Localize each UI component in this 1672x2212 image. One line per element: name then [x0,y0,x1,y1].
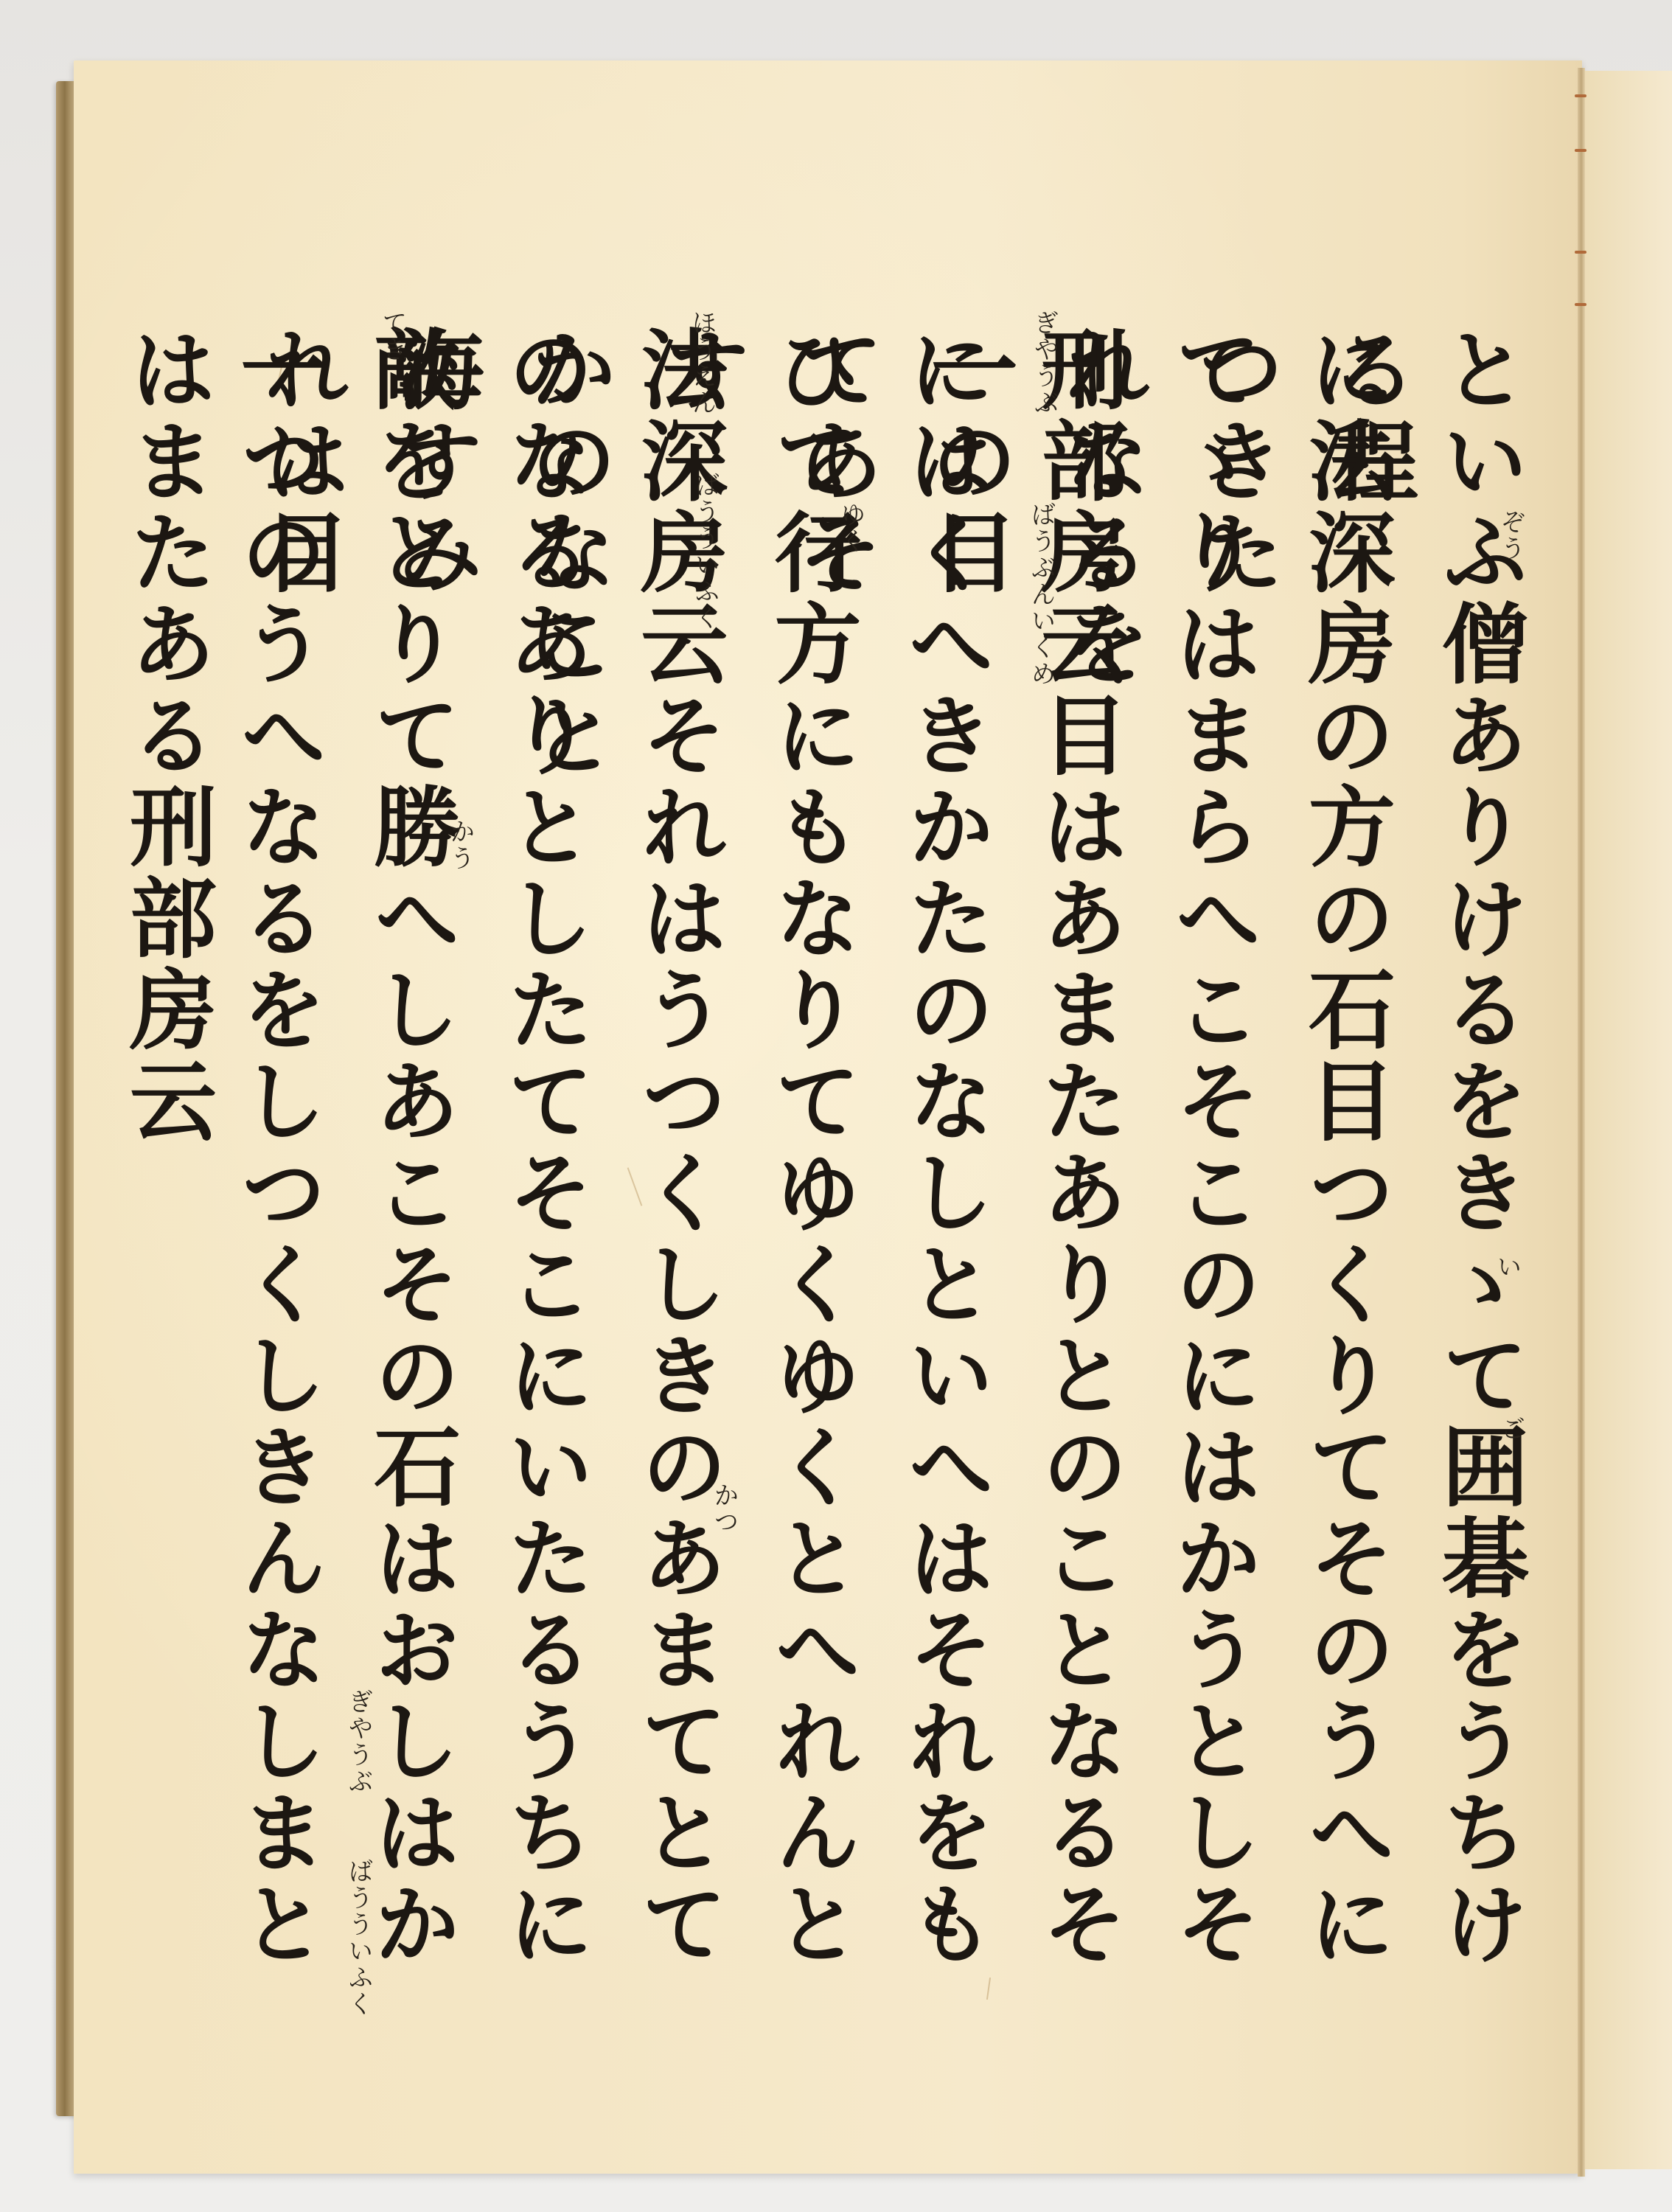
furigana: てき [375,310,411,363]
furigana: ばうぶんいくめ [1023,501,1059,687]
text-column-8: のなるありとしたてそこにいたるうちに海すみ [488,324,599,2006]
text-column-3: てゝりはまらへこそこのにはかうとしそれなるを [1156,324,1267,2006]
binding-gutter [1578,68,1585,2177]
binding-stitch [1575,94,1586,97]
binding-stitch [1575,303,1586,306]
manuscript-text-block: といふ僧ありけるをきゝて囲碁をうちける程 に法深房の方の石目つくりてそのうへにつ… [221,324,1533,2006]
text-column-6: ひて行方にもなりてゆくゆくとへれんとす [755,324,865,2006]
furigana: ばうういふく [687,472,723,631]
furigana: ゆく [833,501,869,554]
text-column-1: といふ僧ありけるをきゝて囲碁をうちける程 [1423,324,1533,2006]
binding-stitch [1575,251,1586,254]
furigana: かう [442,818,478,872]
text-column-5: にはくへきかたのなしといへはそれをもてあそ [889,324,1000,2006]
furigana: ぞう [1493,509,1529,562]
furigana: い [1489,1253,1525,1280]
furigana: ばうういふく [341,1858,377,2017]
furigana: ほうえん [684,310,720,416]
furigana: ぎやうぶ [1026,310,1062,416]
binding-stitch [1575,149,1586,152]
furigana: かつ [706,1482,742,1535]
furigana: ご [1493,1416,1529,1442]
text-column-10: 一つのうへなるをしつくしきんなしまとはまたある刑部房云 [221,324,332,2006]
text-column-2: に法深房の方の石目つくりてそのうへにつきた [1289,324,1400,2006]
furigana: ぎやうぶ [341,1688,377,1795]
facing-page-edge [1585,71,1672,2169]
